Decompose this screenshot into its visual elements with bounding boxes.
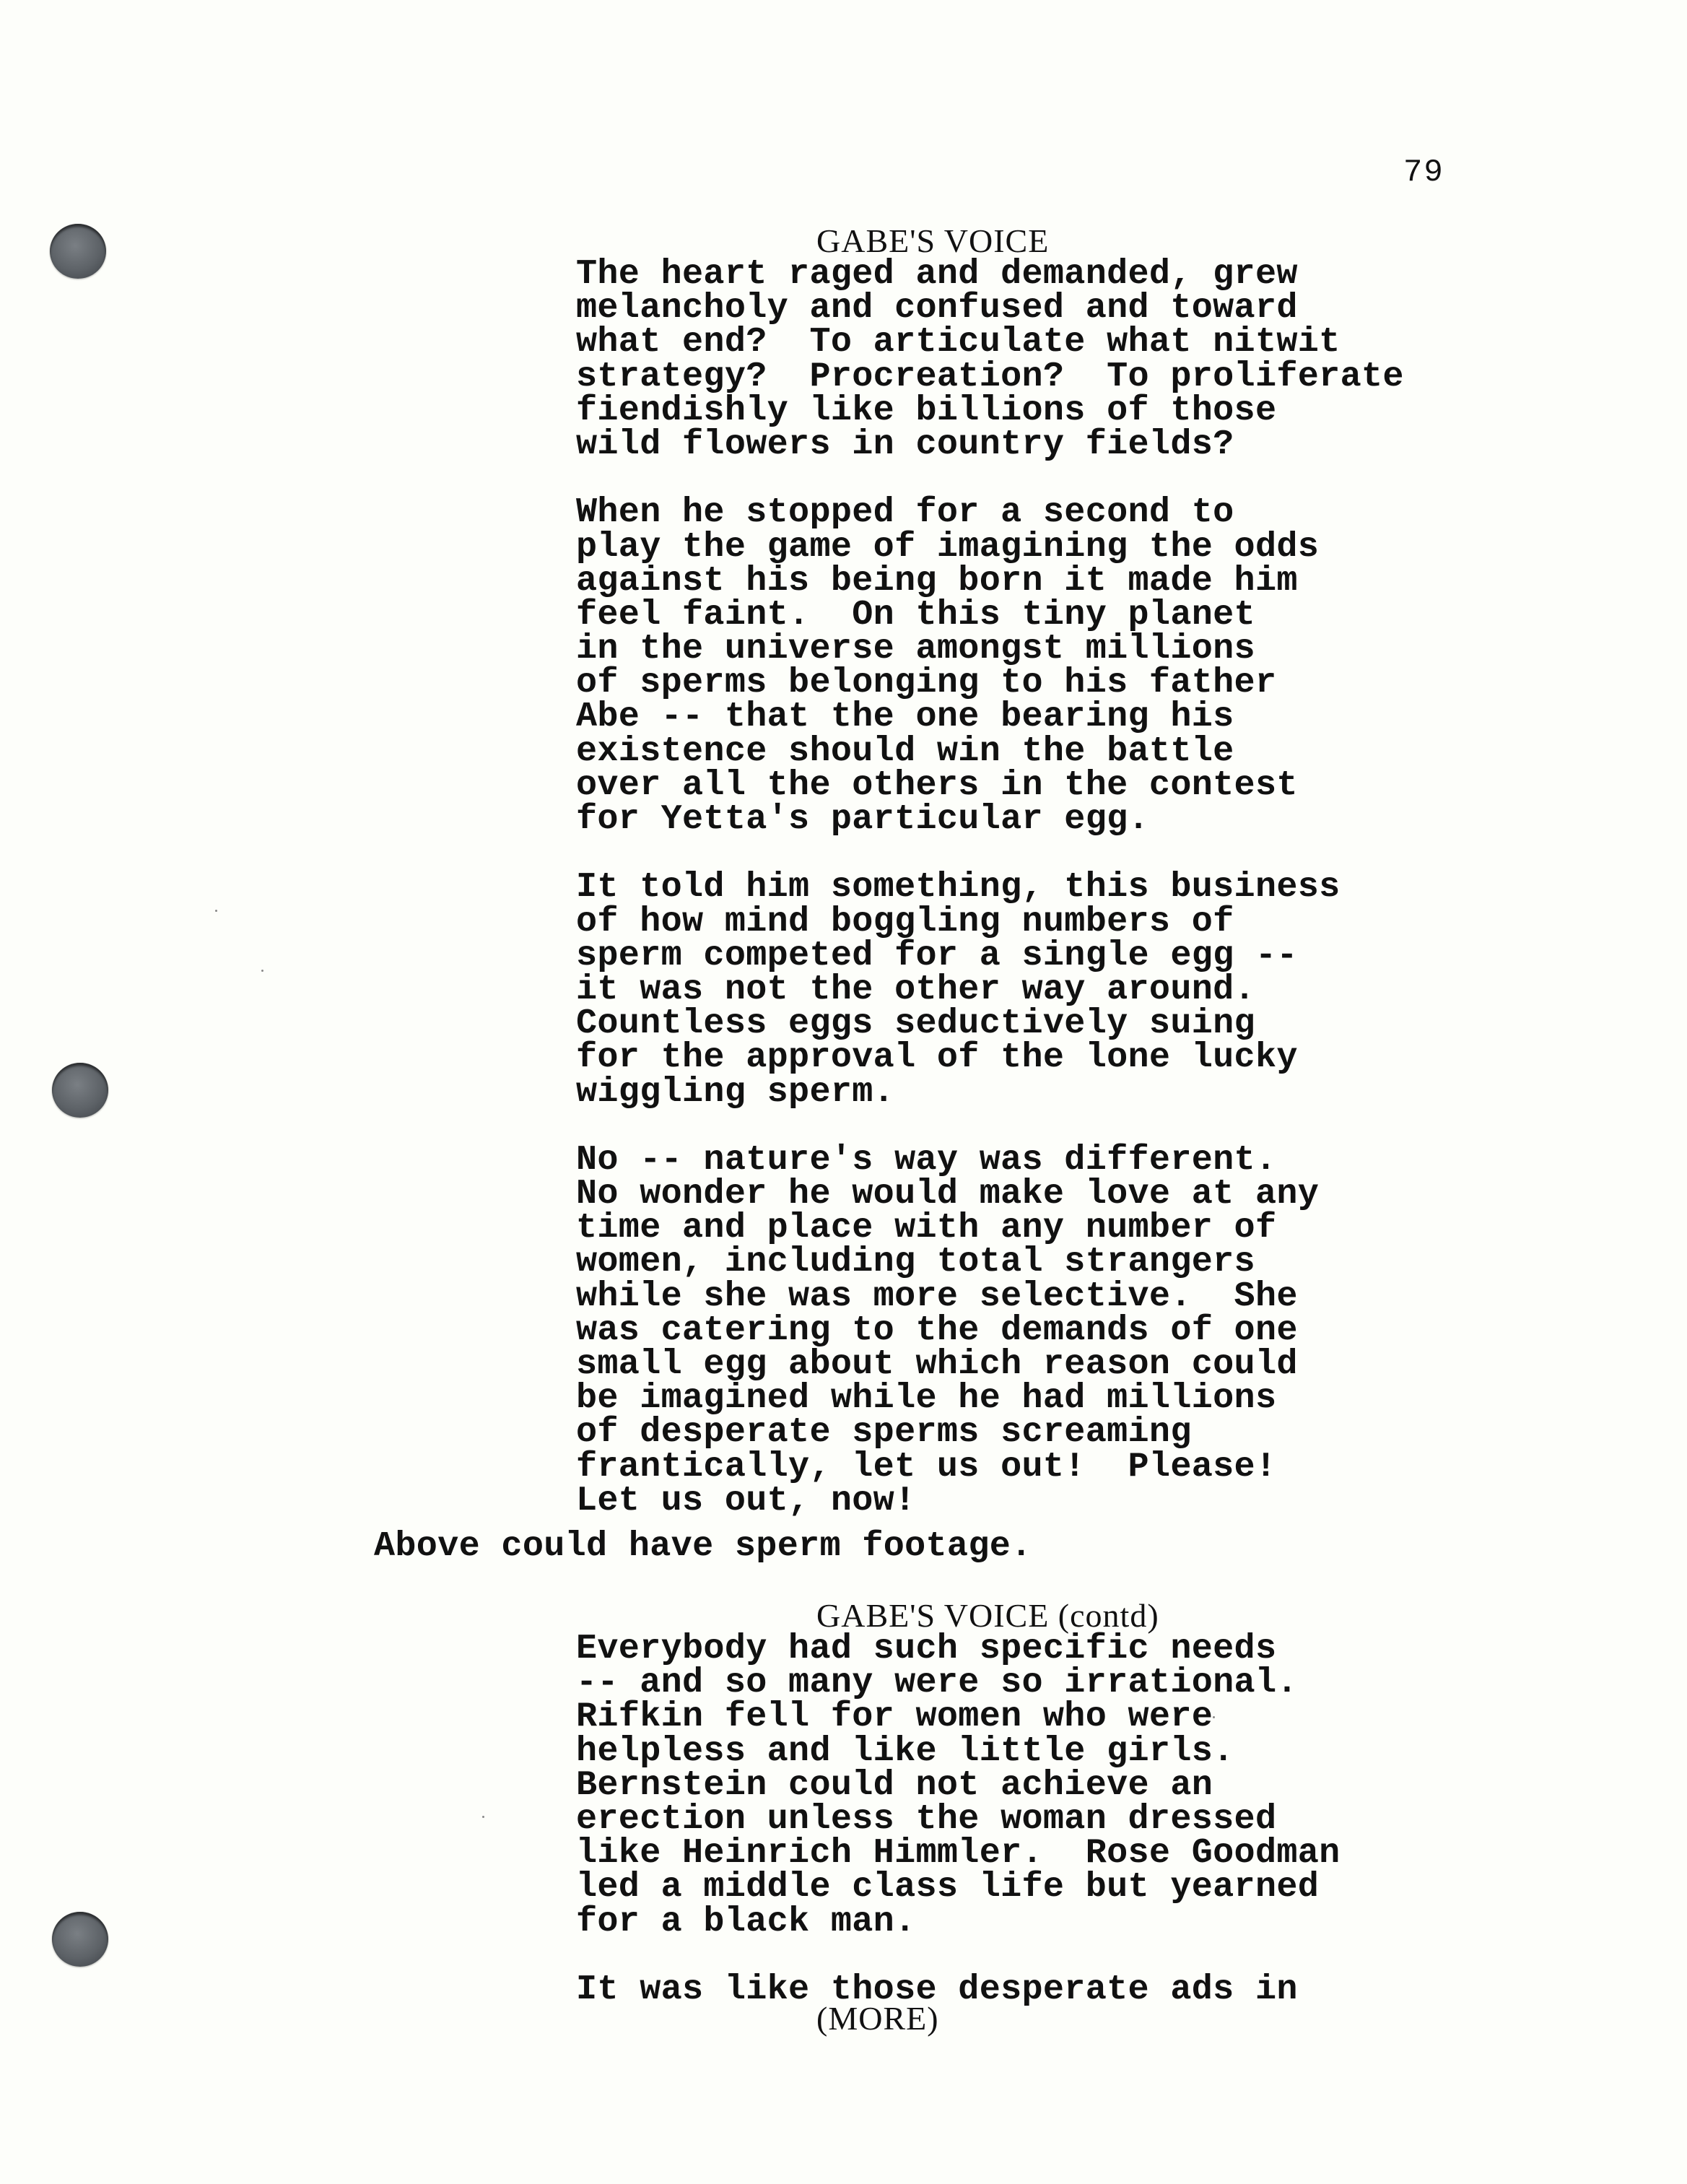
dialogue-line: -- and so many were so irrational.	[576, 1666, 1341, 1700]
dialogue-line: When he stopped for a second to	[576, 495, 1404, 529]
punch-hole-middle	[52, 1063, 108, 1118]
dialogue-line: Bernstein could not achieve an	[576, 1768, 1341, 1802]
dialogue-line: It told him something, this business	[576, 870, 1404, 904]
dialogue-line: frantically, let us out! Please!	[576, 1450, 1404, 1484]
dialogue-line: for a black man.	[576, 1905, 1341, 1939]
dialogue-line: Rifkin fell for women who were	[576, 1700, 1341, 1733]
dialogue-line: of sperms belonging to his father	[576, 666, 1404, 700]
dialogue-line: in the universe amongst millions	[576, 632, 1404, 666]
scan-speck	[482, 1816, 484, 1818]
dialogue-line: for the approval of the lone lucky	[576, 1040, 1404, 1074]
dialogue-block: The heart raged and demanded, grewmelanc…	[576, 257, 1404, 1518]
action-line: Above could have sperm footage.	[374, 1529, 1032, 1563]
dialogue-line: be imagined while he had millions	[576, 1381, 1404, 1415]
dialogue-line: strategy? Procreation? To proliferate	[576, 360, 1404, 393]
scan-speck	[261, 970, 263, 972]
dialogue-line: what end? To articulate what nitwit	[576, 325, 1404, 359]
dialogue-line: melancholy and confused and toward	[576, 291, 1404, 325]
script-page: 79 GABE'S VOICE The heart raged and dema…	[0, 0, 1687, 2184]
dialogue-line: was catering to the demands of one	[576, 1313, 1404, 1347]
dialogue-line: The heart raged and demanded, grew	[576, 257, 1404, 291]
dialogue-line: time and place with any number of	[576, 1211, 1404, 1245]
dialogue-line: feel faint. On this tiny planet	[576, 598, 1404, 632]
more-continuation: (MORE)	[816, 2001, 939, 2035]
scan-speck	[215, 910, 217, 912]
paragraph-gap	[576, 461, 1404, 495]
punch-hole-top	[50, 224, 106, 279]
dialogue-line: while she was more selective. She	[576, 1279, 1404, 1313]
dialogue-line: like Heinrich Himmler. Rose Goodman	[576, 1836, 1341, 1870]
dialogue-line: Countless eggs seductively suing	[576, 1006, 1404, 1040]
dialogue-line: play the game of imagining the odds	[576, 530, 1404, 564]
dialogue-line: sperm competed for a single egg --	[576, 939, 1404, 973]
character-cue-contd: GABE'S VOICE (contd)	[816, 1598, 1159, 1632]
dialogue-line: It was like those desperate ads in	[576, 1972, 1341, 2006]
dialogue-line: against his being born it made him	[576, 564, 1404, 598]
dialogue-line: of desperate sperms screaming	[576, 1415, 1404, 1449]
dialogue-line: of how mind boggling numbers of	[576, 905, 1404, 939]
page-number: 79	[1403, 155, 1444, 191]
dialogue-line: No -- nature's way was different.	[576, 1143, 1404, 1177]
dialogue-line: Let us out, now!	[576, 1484, 1404, 1518]
dialogue-line: led a middle class life but yearned	[576, 1870, 1341, 1904]
dialogue-line: over all the others in the contest	[576, 768, 1404, 802]
paragraph-gap	[576, 1939, 1341, 1972]
dialogue-line: Everybody had such specific needs	[576, 1632, 1341, 1666]
dialogue-line: wiggling sperm.	[576, 1075, 1404, 1109]
dialogue-line: Abe -- that the one bearing his	[576, 700, 1404, 734]
dialogue-line: erection unless the woman dressed	[576, 1802, 1341, 1836]
dialogue-line: helpless and like little girls.	[576, 1734, 1341, 1768]
dialogue-line: it was not the other way around.	[576, 973, 1404, 1006]
dialogue-line: women, including total strangers	[576, 1245, 1404, 1279]
paragraph-gap	[576, 836, 1404, 870]
dialogue-line: wild flowers in country fields?	[576, 427, 1404, 461]
paragraph-gap	[576, 1109, 1404, 1143]
dialogue-line: for Yetta's particular egg.	[576, 802, 1404, 836]
dialogue-line: existence should win the battle	[576, 734, 1404, 768]
dialogue-line: small egg about which reason could	[576, 1347, 1404, 1381]
dialogue-line: fiendishly like billions of those	[576, 393, 1404, 427]
punch-hole-bottom	[52, 1912, 108, 1967]
dialogue-block-contd: Everybody had such specific needs-- and …	[576, 1632, 1341, 2006]
dialogue-line: No wonder he would make love at any	[576, 1177, 1404, 1211]
character-cue: GABE'S VOICE	[816, 224, 1049, 258]
